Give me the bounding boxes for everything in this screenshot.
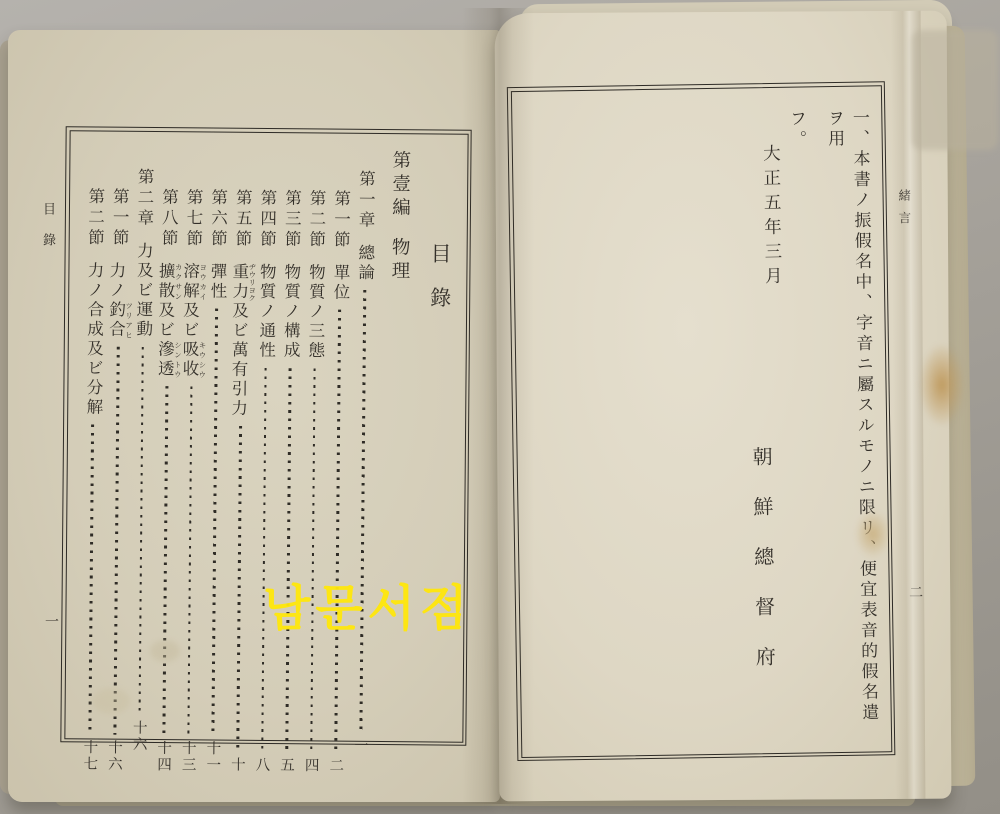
- toc-part-heading: 第壹編 物理: [379, 146, 416, 732]
- toc-entry-page-number: 八: [251, 757, 272, 774]
- toc-entry-page-number: 十三: [178, 740, 199, 773]
- toc-entry-title: 物質ノ構成: [278, 263, 303, 361]
- toc-entry-page-number: 十七: [79, 739, 100, 772]
- part-number: 第壹編: [386, 150, 413, 221]
- preface-note-column-1: 一、本書ノ振假名中、字音ニ屬スルモノニ限リ、便宜表音的假名遣ヲ用: [822, 108, 882, 736]
- dotted-leader: [285, 368, 291, 753]
- toc-entry-page-number: 十: [227, 757, 248, 774]
- toc-entry-title: 重力ヂウリヨク及ビ萬有引力: [226, 263, 257, 419]
- dotted-leader: [89, 424, 94, 734]
- left-folio-number: 一: [41, 614, 61, 628]
- toc-entry-page-number: 十一: [202, 740, 223, 773]
- toc-entry-page-number: 十四: [153, 740, 174, 773]
- toc-entry-title: 力ノ釣合ツリアヒ: [103, 262, 133, 340]
- toc-entry-title: 物質ノ三態: [303, 263, 328, 361]
- dotted-leader: [163, 386, 169, 735]
- dotted-leader: [261, 367, 267, 752]
- toc-entry-label: 第二節: [304, 189, 329, 251]
- toc-entry-label: 第七節: [181, 188, 206, 250]
- dotted-leader: [212, 309, 218, 736]
- toc: 目錄 第壹編 物理 第一章總論一第一節單位二第二節物質ノ三態四第三節物質ノ構成五…: [65, 131, 467, 741]
- preface-note-column-2: フ。: [784, 109, 819, 736]
- left-page: 目錄 第壹編 物理 第一章總論一第一節單位二第二節物質ノ三態四第三節物質ノ構成五…: [8, 30, 500, 802]
- toc-entry-label: 第六節: [205, 188, 230, 250]
- right-running-header: 緒言: [895, 189, 913, 234]
- toc-title: 目錄: [419, 146, 456, 732]
- toc-entry-label: 第三節: [279, 189, 304, 251]
- toc-entry-title: 總論: [353, 244, 377, 283]
- dotted-leader: [310, 368, 316, 753]
- book-photo: { "colors":{ "background_gray":"#a8a49d"…: [0, 0, 1000, 814]
- toc-entry-label: 第五節: [230, 188, 255, 250]
- part-title: 物理: [386, 237, 412, 284]
- toc-entry-title: 物質ノ通性: [253, 263, 278, 361]
- right-page: 一、本書ノ振假名中、字音ニ屬スルモノニ限リ、便宜表音的假名遣ヲ用フ。 大正五年三…: [495, 11, 952, 802]
- toc-entry-label: 第八節: [156, 188, 181, 250]
- page-fold-shading: [891, 11, 926, 799]
- toc-entry-title: 單位: [328, 264, 352, 303]
- toc-entry-page-number: 五: [276, 757, 297, 774]
- publisher-name: 朝鮮總督府: [747, 445, 780, 695]
- toc-entry-label: 第四節: [254, 188, 279, 250]
- dotted-leader: [359, 290, 365, 733]
- toc-entry-label: 第二節: [82, 187, 107, 249]
- right-folio-number: 二: [905, 585, 925, 599]
- toc-entry-label: 第二章: [132, 167, 157, 229]
- dotted-leader: [113, 347, 119, 735]
- toc-entry-label: 第一章: [353, 169, 378, 231]
- preface-frame-inner-rule: 一、本書ノ振假名中、字音ニ屬スルモノニ限リ、便宜表音的假名遣ヲ用フ。 大正五年三…: [510, 85, 891, 758]
- toc-entry-page-number: 十六: [104, 739, 125, 772]
- preface-note: 一、本書ノ振假名中、字音ニ屬スルモノニ限リ、便宜表音的假名遣ヲ用フ。: [784, 108, 882, 736]
- toc-entry-page-number: 二: [325, 758, 346, 775]
- left-running-header: 目錄: [38, 202, 57, 264]
- toc-entry-title: 彈性: [205, 262, 229, 301]
- bookstore-watermark: 남문서점: [263, 582, 472, 636]
- toc-entry-title: 溶解ヨウカイ及ビ吸收キウシウ: [177, 262, 208, 379]
- toc-entry: 第一章總論一: [348, 145, 378, 755]
- toc-entries: 第一章總論一第一節單位二第二節物質ノ三態四第三節物質ノ構成五第四節物質ノ通性八第…: [76, 143, 378, 732]
- dotted-leader: [236, 426, 241, 752]
- toc-frame: 目錄 第壹編 物理 第一章總論一第一節單位二第二節物質ノ三態四第三節物質ノ構成五…: [60, 126, 471, 746]
- dotted-leader: [187, 386, 193, 735]
- dotted-leader: [335, 310, 341, 753]
- toc-entry-page-number: 四: [301, 757, 322, 774]
- publication-date: 大正五年三月: [758, 143, 785, 290]
- toc-entry-page-number: 十六: [129, 719, 150, 752]
- dotted-leader: [138, 346, 144, 714]
- toc-entry-page-number: 一: [350, 738, 371, 755]
- toc-entry-label: 第一節: [328, 189, 353, 251]
- toc-frame-inner-rule: 目錄 第壹編 物理 第一章總論一第一節單位二第二節物質ノ三態四第三節物質ノ構成五…: [64, 130, 468, 742]
- toc-entry-label: 第一節: [107, 187, 132, 249]
- preface-frame: 一、本書ノ振假名中、字音ニ屬スルモノニ限リ、便宜表音的假名遣ヲ用フ。 大正五年三…: [507, 81, 896, 761]
